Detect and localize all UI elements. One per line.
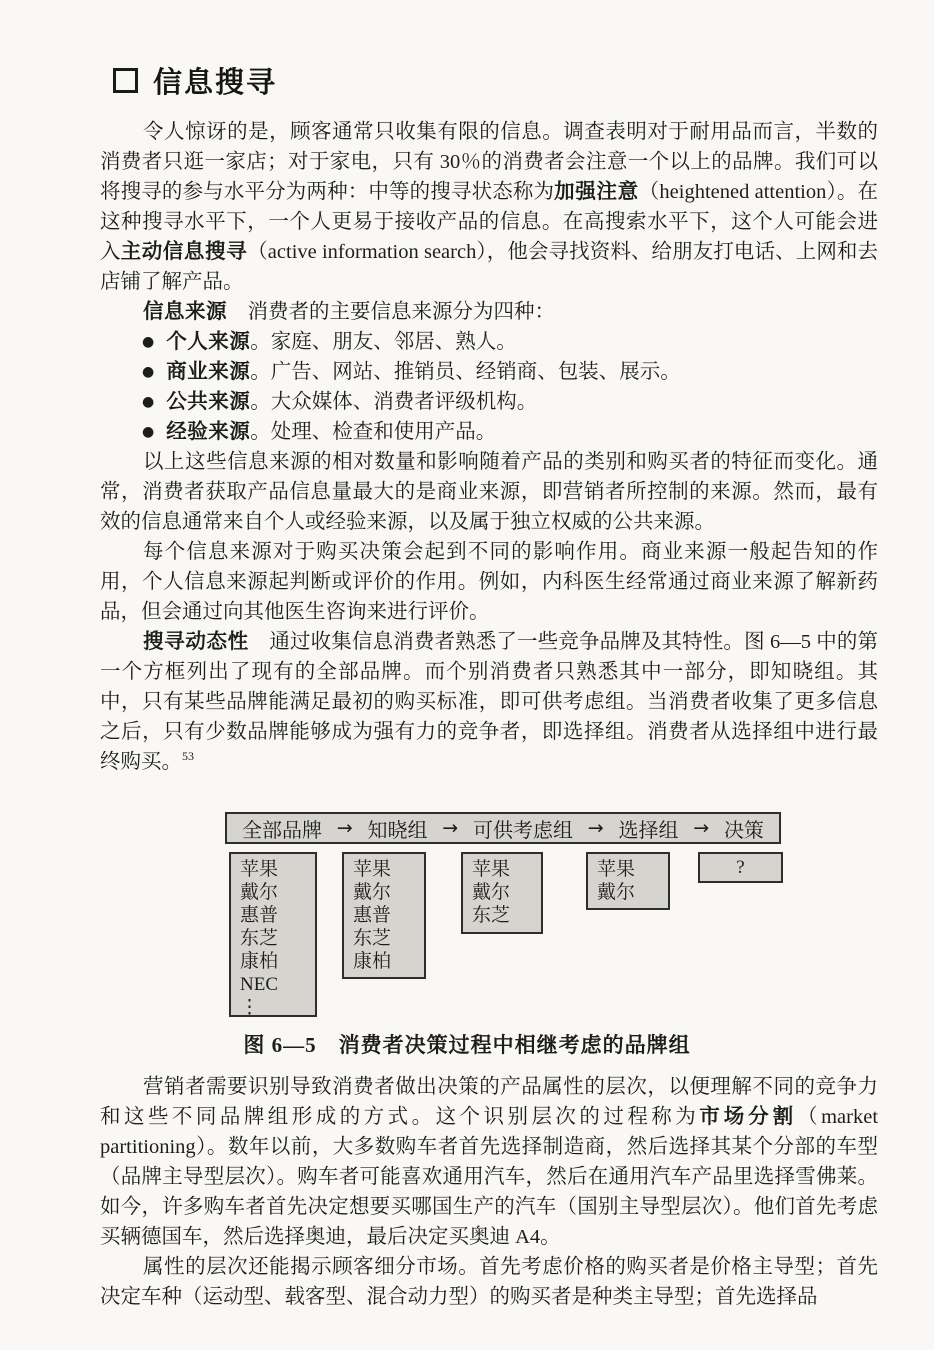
square-bullet-icon: [113, 68, 138, 93]
bullet-dot-icon: ●: [142, 357, 154, 387]
section-heading: 信息搜寻: [113, 60, 277, 101]
bullet-item: ●经验来源。处理、检查和使用产品。: [142, 417, 878, 447]
paragraph: 搜寻动态性 通过收集信息消费者熟悉了一些竞争品牌及其特性。图 6—5 中的第一个…: [100, 627, 878, 777]
brand-name: 东芝: [353, 927, 415, 950]
brand-name: 戴尔: [597, 881, 659, 904]
stage-label: 决策: [724, 814, 764, 843]
text-segment: 每个信息来源对于购买决策会起到不同的影响作用。商业来源一般起告知的作用，个人信息…: [100, 541, 878, 623]
bold-term: 商业来源: [166, 360, 250, 383]
bullet-dot-icon: ●: [142, 387, 154, 417]
bold-term: 加强注意: [554, 180, 639, 203]
brand-name: 戴尔: [472, 881, 532, 904]
bold-term: 市场分割: [699, 1105, 797, 1128]
text-segment: 以上这些信息来源的相对数量和影响随着产品的类别和购买者的特征而变化。通常，消费者…: [100, 451, 878, 533]
bullet-item: ●商业来源。广告、网站、推销员、经销商、包装、展示。: [142, 357, 878, 387]
figure-stage-bar: 全部品牌→知晓组→可供考虑组→选择组→决策: [225, 812, 781, 844]
body-text-upper: 令人惊讶的是，顾客通常只收集有限的信息。调查表明对于耐用品而言，半数的消费者只逛…: [100, 117, 878, 777]
brand-name: 苹果: [472, 858, 532, 881]
brand-set-box-choice: 苹果戴尔: [586, 852, 670, 910]
body-text-lower: 营销者需要识别导致消费者做出决策的产品属性的层次，以便理解不同的竞争力和这些不同…: [100, 1072, 878, 1312]
brand-set-box-consideration: 苹果戴尔东芝: [461, 852, 543, 934]
brand-name: 东芝: [240, 927, 306, 950]
paragraph: 每个信息来源对于购买决策会起到不同的影响作用。商业来源一般起告知的作用，个人信息…: [100, 537, 878, 627]
brand-set-box-awareness: 苹果戴尔惠普东芝康柏: [342, 852, 426, 979]
bullet-item: ●公共来源。大众媒体、消费者评级机构。: [142, 387, 878, 417]
brand-name: 苹果: [597, 858, 659, 881]
paragraph: 信息来源 消费者的主要信息来源分为四种：: [100, 297, 878, 327]
section-heading-text: 信息搜寻: [153, 60, 277, 101]
bold-term: 个人来源: [166, 330, 250, 353]
paragraph: 令人惊讶的是，顾客通常只收集有限的信息。调查表明对于耐用品而言，半数的消费者只逛…: [100, 117, 878, 297]
flow-arrow-icon: →: [586, 817, 606, 839]
brand-name: 戴尔: [240, 881, 306, 904]
brand-name: 惠普: [353, 904, 415, 927]
bold-term: 信息来源: [143, 300, 227, 323]
brand-name: ?: [704, 855, 777, 880]
brand-name: 苹果: [353, 858, 415, 881]
text-segment: 属性的层次还能揭示顾客细分市场。首先考虑价格的购买者是价格主导型；首先决定车种（…: [100, 1256, 878, 1308]
brand-set-box-total: 苹果戴尔惠普东芝康柏NEC⋮: [229, 852, 317, 1017]
text-segment: 。大众媒体、消费者评级机构。: [250, 391, 537, 413]
paragraph: 营销者需要识别导致消费者做出决策的产品属性的层次，以便理解不同的竞争力和这些不同…: [100, 1072, 878, 1252]
figure-6-5: 全部品牌→知晓组→可供考虑组→选择组→决策 苹果戴尔惠普东芝康柏NEC⋮ 苹果戴…: [225, 812, 783, 1024]
brand-name: ⋮: [240, 996, 306, 1017]
bold-term: 经验来源: [166, 420, 250, 443]
stage-label: 知晓组: [367, 814, 427, 843]
bold-term: 主动信息搜寻: [121, 240, 248, 263]
stage-label: 全部品牌: [242, 814, 322, 843]
brand-name: NEC: [240, 973, 306, 996]
brand-name: 康柏: [353, 950, 415, 973]
bullet-dot-icon: ●: [142, 417, 154, 447]
flow-arrow-icon: →: [335, 817, 355, 839]
flow-arrow-icon: →: [691, 817, 711, 839]
brand-name: 康柏: [240, 950, 306, 973]
brand-name: 苹果: [240, 858, 306, 881]
stage-label: 可供考虑组: [473, 814, 573, 843]
stage-label: 选择组: [618, 814, 678, 843]
bold-term: 搜寻动态性: [143, 630, 249, 653]
bold-term: 公共来源: [166, 390, 250, 413]
bullet-item: ●个人来源。家庭、朋友、邻居、熟人。: [142, 327, 878, 357]
brand-name: 惠普: [240, 904, 306, 927]
text-segment: 。广告、网站、推销员、经销商、包装、展示。: [250, 361, 681, 383]
text-segment: 。处理、检查和使用产品。: [250, 421, 496, 443]
brand-name: 戴尔: [353, 881, 415, 904]
footnote-ref: 53: [182, 749, 194, 763]
brand-set-box-decision: ?: [698, 852, 783, 883]
paragraph: 以上这些信息来源的相对数量和影响随着产品的类别和购买者的特征而变化。通常，消费者…: [100, 447, 878, 537]
brand-name: 东芝: [472, 904, 532, 927]
text-segment: 消费者的主要信息来源分为四种：: [227, 301, 555, 323]
textbook-page: 信息搜寻 令人惊讶的是，顾客通常只收集有限的信息。调查表明对于耐用品而言，半数的…: [0, 0, 934, 1350]
text-segment: 。家庭、朋友、邻居、熟人。: [250, 331, 517, 353]
bullet-dot-icon: ●: [142, 327, 154, 357]
paragraph: 属性的层次还能揭示顾客细分市场。首先考虑价格的购买者是价格主导型；首先决定车种（…: [100, 1252, 878, 1312]
figure-caption: 图 6—5 消费者决策过程中相继考虑的品牌组: [0, 1029, 934, 1059]
flow-arrow-icon: →: [440, 817, 460, 839]
